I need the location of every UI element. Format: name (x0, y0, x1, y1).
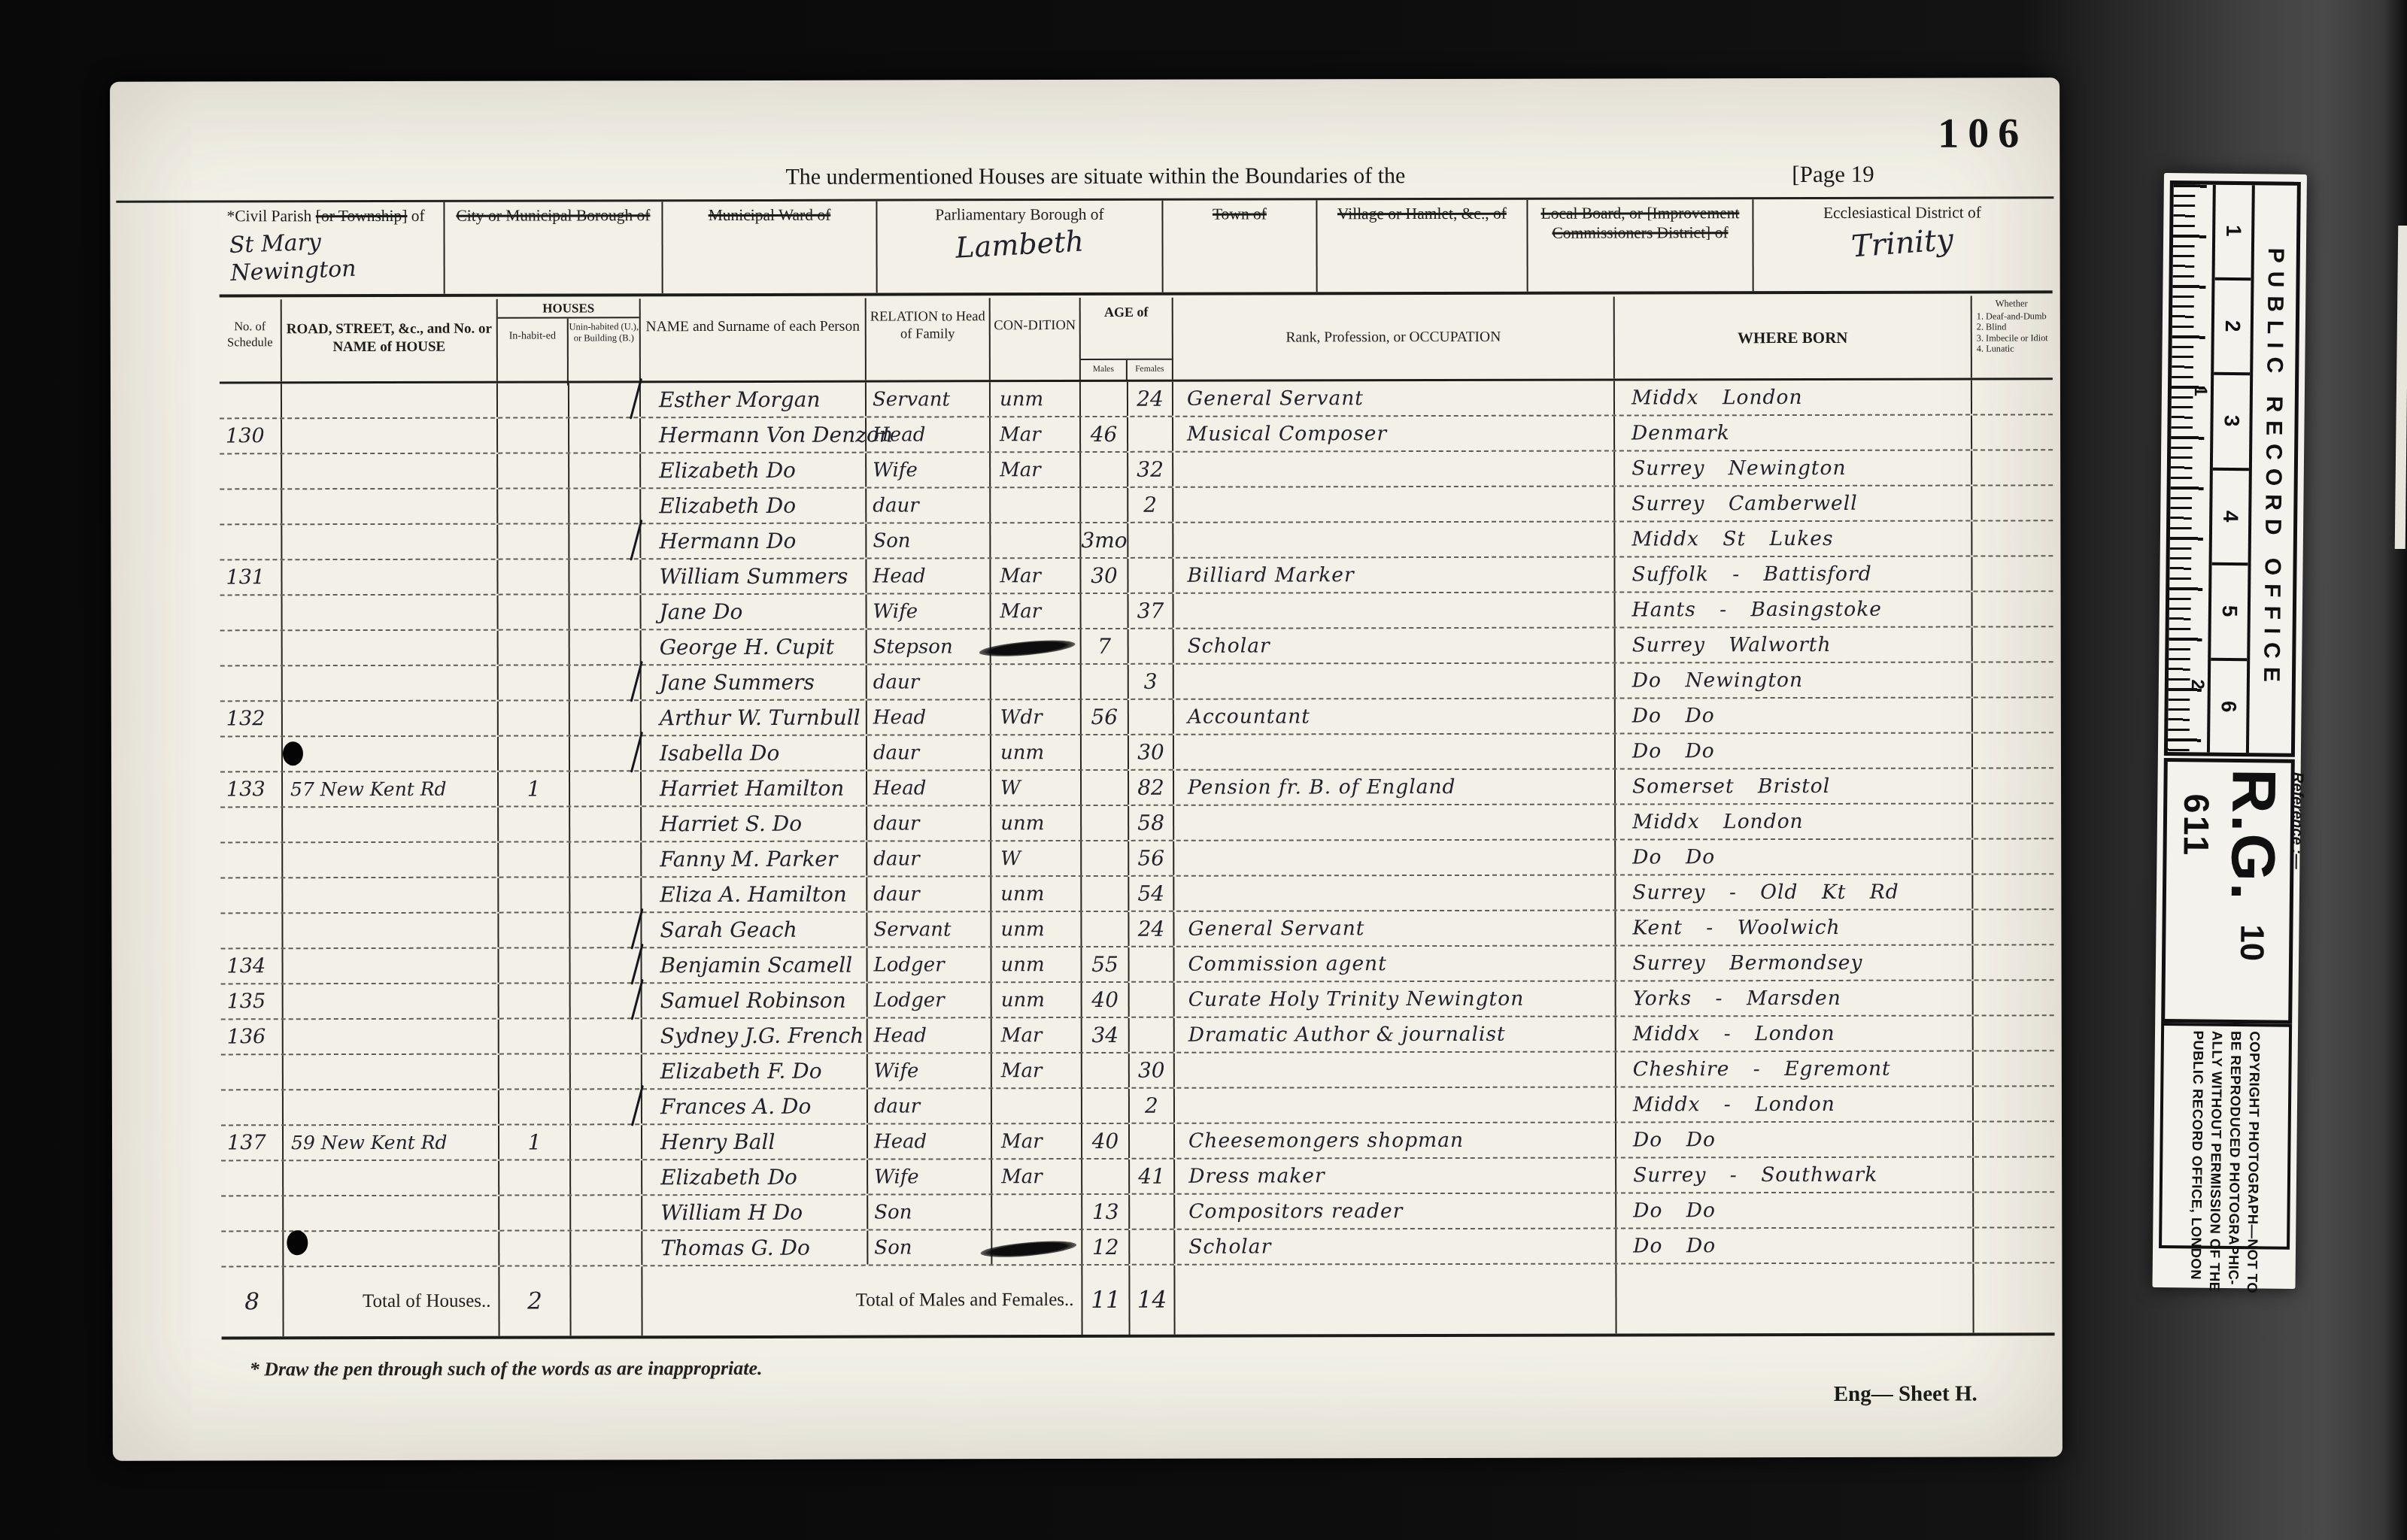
cell-where-born: Suffolk - Battisford (1615, 557, 1972, 592)
cell-schedule-number (221, 1196, 284, 1230)
cell-houses-inhabited: 1 (499, 772, 570, 805)
cell-houses-uninhabited (571, 1196, 642, 1229)
cell-age-male: 7 (1082, 629, 1129, 663)
whether-item: 1. Deaf-and-Dumb (1977, 311, 2050, 322)
cell-person-name: Esther Morgan (641, 383, 867, 417)
cell-schedule-number (220, 808, 283, 841)
cell-houses-inhabited (499, 878, 570, 911)
col-header-schedule: No. of Schedule (220, 299, 282, 381)
page-number-label: [Page 19 (1792, 161, 1874, 188)
cell-schedule-number (220, 878, 283, 912)
total-schedules-value: 8 (221, 1267, 284, 1336)
cell-houses-uninhabited (569, 453, 641, 487)
cell-age-female: 3 (1129, 665, 1174, 699)
cell-person-name: Thomas G. Do (642, 1231, 868, 1266)
col-header-uninhabited: Unin-habited (U.), or Building (B.) (569, 318, 639, 385)
cell-where-born: Middx St Lukes (1615, 522, 1972, 556)
cell-age-female: 32 (1128, 453, 1173, 487)
cell-whether-infirmity (1973, 804, 2052, 838)
cell-houses-inhabited (499, 1231, 571, 1265)
cell-houses-inhabited (499, 1054, 571, 1088)
table-row: Isabella Do daur unm 30 Do Do (220, 733, 2053, 772)
cell-whether-infirmity (1973, 698, 2052, 732)
cell-occupation: Accountant (1174, 699, 1616, 734)
copyright-line: ALLY WITHOUT PERMISSION OF THE (2207, 1031, 2226, 1241)
cell-road-street (283, 914, 499, 948)
cell-relation: Wife (867, 453, 991, 487)
cell-where-born: Kent - Woolwich (1616, 911, 1973, 945)
cell-age-male (1082, 1053, 1130, 1087)
table-row: Elizabeth Do Wife Mar 41 Dress maker Sur… (221, 1157, 2054, 1196)
field-town: Town of (1163, 200, 1317, 292)
cell-age-male: 40 (1082, 983, 1130, 1017)
cell-schedule-number (220, 525, 282, 559)
field-ecclesiastical-district: Ecclesiastical District of Trinity (1753, 199, 2050, 291)
cell-condition (992, 1195, 1082, 1229)
cell-occupation: Commission agent (1174, 947, 1616, 981)
cell-age-male: 13 (1082, 1195, 1130, 1229)
cell-houses-uninhabited (569, 418, 641, 452)
cell-relation: Lodger (867, 947, 991, 981)
cell-relation: daur (867, 735, 991, 769)
cell-relation: daur (867, 665, 991, 699)
cell-houses-uninhabited (571, 1160, 642, 1194)
cell-person-name: William H Do (642, 1196, 868, 1230)
cell-road-street (284, 984, 499, 1019)
cell-relation: Wife (867, 594, 991, 628)
total-houses-value: 2 (499, 1266, 571, 1335)
cell-relation: Son (867, 523, 991, 557)
cell-occupation: Dramatic Author & journalist (1175, 1017, 1616, 1052)
table-row: George H. Cupit Stepson 7 Scholar Surrey… (220, 627, 2053, 666)
field-local-board: Local Board, or [Improvement Commissione… (1528, 199, 1753, 292)
label-prefix: *Civil Parish (226, 207, 315, 225)
cell-age-male: 40 (1082, 1124, 1130, 1158)
cell-where-born: Do Do (1616, 840, 1973, 875)
cell-occupation: Cheesemongers shopman (1175, 1123, 1616, 1158)
cell-person-name: Hermann Von Denzon (641, 418, 867, 453)
table-row: Jane Summers daur 3 Do Newington (220, 662, 2053, 702)
table-row: 135 Samuel Robinson Lodger unm 40 Curate… (221, 981, 2054, 1020)
field-municipal-ward: Municipal Ward of (663, 202, 877, 294)
cell-condition: unm (992, 983, 1082, 1017)
copyright-box: COPYRIGHT PHOTOGRAPH—NOT TO BE REPRODUCE… (2159, 1023, 2292, 1250)
cell-age-female (1130, 1230, 1175, 1264)
cell-where-born: Do Do (1616, 699, 1973, 733)
cell-whether-infirmity (1972, 486, 2051, 520)
cell-road-street (283, 702, 499, 736)
cell-relation: daur (867, 806, 991, 840)
cell-houses-inhabited (499, 595, 570, 629)
reference-label: Reference :— (2286, 772, 2305, 1014)
ruler-box-cell: 2 (2214, 280, 2251, 375)
table-row: Harriet S. Do daur unm 58 Middx London (220, 804, 2053, 843)
cell-where-born: Surrey Bermondsey (1616, 946, 1973, 981)
cell-whether-infirmity (1974, 1193, 2053, 1226)
cell-occupation: Pension fr. B. of England (1174, 770, 1616, 805)
cell-person-name: Elizabeth Do (641, 453, 867, 488)
cell-road-street (283, 596, 499, 630)
cell-where-born: Somerset Bristol (1616, 769, 1973, 804)
cell-houses-uninhabited (570, 736, 642, 770)
cell-where-born: Surrey - Old Kt Rd (1616, 875, 1973, 910)
cell-houses-inhabited (498, 418, 569, 452)
cell-where-born: Middx - London (1616, 1017, 1974, 1051)
total-houses-label: Total of Houses.. (284, 1267, 499, 1337)
cell-schedule-number (220, 843, 283, 877)
table-row: Fanny M. Parker daur W 56 Do Do (220, 839, 2053, 878)
cell-whether-infirmity (1973, 875, 2052, 908)
field-label: Municipal Ward of (663, 205, 876, 226)
reference-piece: 611 (2175, 793, 2217, 857)
table-row: Jane Do Wife Mar 37 Hants - Basingstoke (220, 592, 2053, 631)
cell-occupation (1174, 805, 1616, 840)
cell-age-female (1130, 1195, 1175, 1229)
cell-whether-infirmity (1973, 839, 2052, 873)
cell-condition: unm (991, 806, 1082, 840)
cell-condition (991, 665, 1082, 699)
cell-relation: Son (868, 1230, 992, 1264)
cell-houses-inhabited (499, 1196, 571, 1229)
table-row: 133 57 New Kent Rd 1 Harriet Hamilton He… (220, 768, 2053, 808)
field-village-hamlet: Village or Hamlet, &c., of (1317, 200, 1528, 293)
cell-houses-uninhabited (571, 1054, 642, 1088)
cell-person-name: Jane Do (642, 595, 867, 629)
cell-where-born: Do Do (1616, 734, 1973, 768)
table-row: William H Do Son 13 Compositors reader D… (221, 1193, 2054, 1232)
table-row: 130 Hermann Von Denzon Head Mar 46 Music… (220, 415, 2053, 454)
cell-schedule-number (221, 1161, 284, 1195)
cell-houses-inhabited (499, 913, 570, 947)
table-header-row: No. of Schedule ROAD, STREET, &c., and N… (220, 296, 2053, 383)
reference-number: R.G. 10 611 (2174, 768, 2288, 1014)
cell-schedule-number (220, 914, 283, 947)
whether-title: Whether (1972, 298, 2051, 310)
cell-road-street (283, 737, 499, 772)
cell-whether-infirmity (1973, 945, 2052, 979)
cell-houses-inhabited (499, 665, 570, 699)
cell-whether-infirmity (1973, 592, 2052, 626)
cell-condition: Mar (991, 594, 1082, 628)
cell-where-born: Surrey Camberwell (1615, 487, 1972, 521)
col-header-males: Males (1081, 360, 1128, 380)
cell-houses-inhabited (498, 383, 569, 417)
cell-age-male (1082, 771, 1129, 805)
cell-person-name: Harriet Hamilton (642, 772, 867, 806)
cell-occupation: Scholar (1175, 1229, 1616, 1264)
cell-age-male: 12 (1082, 1230, 1130, 1264)
cell-where-born: Middx London (1616, 805, 1973, 839)
cell-age-female (1128, 559, 1173, 593)
ruler-box-cell: 4 (2212, 470, 2249, 565)
ruler-cm-label: 1 (2190, 386, 2211, 396)
cell-occupation (1175, 1088, 1616, 1123)
cell-occupation (1173, 523, 1615, 557)
table-row: Elizabeth Do daur 2 Surrey Camberwell (220, 486, 2053, 525)
cell-relation: Head (867, 771, 991, 805)
cell-occupation: Dress maker (1175, 1159, 1616, 1193)
total-persons-label: Total of Males and Females.. (642, 1266, 1082, 1335)
field-label: Local Board, or [Improvement Commissione… (1528, 203, 1752, 243)
copyright-line: COPYRIGHT PHOTOGRAPH—NOT TO (2245, 1031, 2263, 1241)
cell-houses-inhabited (499, 842, 570, 876)
cell-whether-infirmity (1972, 556, 2051, 590)
cell-relation: daur (867, 877, 991, 911)
cell-age-female: 30 (1130, 1053, 1175, 1087)
cell-schedule-number: 131 (220, 560, 282, 594)
cell-age-female: 41 (1130, 1160, 1175, 1193)
cell-schedule-number (220, 596, 283, 629)
cell-whether-infirmity (1974, 981, 2053, 1014)
cell-condition: Wdr (991, 700, 1082, 734)
cell-road-street (283, 949, 499, 984)
cell-houses-uninhabited (570, 842, 642, 876)
cell-road-street (284, 1055, 499, 1090)
ruler-number: 3 (2219, 415, 2243, 427)
cell-schedule-number (220, 454, 282, 488)
cell-age-female: 30 (1129, 735, 1174, 769)
cell-road-street (283, 843, 499, 878)
cell-houses-uninhabited (571, 1090, 642, 1123)
cell-houses-inhabited (499, 701, 570, 735)
ruler-number: 2 (2220, 320, 2245, 332)
table-row: Esther Morgan Servant unm 24 General Ser… (220, 380, 2053, 419)
cell-age-male: 55 (1082, 947, 1129, 981)
col-header-where-born: WHERE BORN (1615, 296, 1972, 379)
cell-person-name: Sarah Geach (642, 913, 867, 947)
cell-road-street (283, 808, 499, 842)
cell-whether-infirmity (1972, 521, 2051, 555)
cell-relation: Servant (867, 382, 991, 416)
cell-where-born: Do Do (1616, 1193, 1974, 1228)
cell-relation: Servant (867, 912, 991, 946)
cell-relation: Head (867, 559, 991, 593)
cell-houses-uninhabited (570, 772, 642, 805)
cell-where-born: Yorks - Marsden (1616, 981, 1974, 1016)
cell-where-born: Do Do (1616, 1123, 1974, 1157)
cell-age-male (1081, 488, 1128, 522)
cell-age-female: 2 (1130, 1089, 1175, 1123)
cell-houses-inhabited (499, 736, 570, 770)
cell-age-female (1130, 983, 1175, 1017)
cell-houses-inhabited (499, 1090, 571, 1123)
cell-schedule-number: 134 (220, 949, 283, 983)
table-body: Esther Morgan Servant unm 24 General Ser… (220, 380, 2054, 1267)
cell-relation: Stepson (867, 629, 991, 663)
ruler-ticks: 1 2 (2168, 184, 2213, 753)
cell-relation: daur (868, 1089, 992, 1123)
cell-age-male: 34 (1082, 1018, 1130, 1052)
whether-item: 2. Blind (1977, 321, 2050, 332)
cell-age-male (1082, 1089, 1130, 1123)
ruler-number: 5 (2217, 605, 2242, 617)
col-header-females: Females (1128, 360, 1172, 380)
cell-schedule-number (220, 631, 283, 665)
cell-houses-uninhabited (569, 489, 641, 523)
boundary-heading: The undermentioned Houses are situate wi… (381, 162, 1810, 191)
cell-condition: W (991, 841, 1082, 875)
cell-person-name: Arthur W. Turnbull (642, 701, 867, 735)
cell-road-street (283, 878, 499, 913)
cell-age-female (1128, 523, 1173, 557)
cell-age-male (1082, 665, 1129, 699)
cell-where-born: Do Do (1616, 1229, 1974, 1263)
field-label: City or Municipal Borough of (445, 205, 661, 226)
cell-condition (991, 629, 1082, 663)
totals-empty-cell (1175, 1265, 1616, 1335)
film-edge-sliver (2395, 226, 2407, 549)
cell-condition (992, 1089, 1082, 1123)
cell-houses-inhabited (498, 489, 569, 523)
cell-where-born: Surrey Walworth (1616, 628, 1973, 662)
cell-whether-infirmity (1974, 1051, 2053, 1085)
cell-road-street: 57 New Kent Rd (283, 772, 499, 807)
cell-person-name: Fanny M. Parker (642, 842, 867, 877)
cell-houses-inhabited (499, 1019, 571, 1053)
col-header-name: NAME and Surname of each Person (641, 299, 867, 381)
col-header-age: AGE of Males Females (1081, 298, 1173, 380)
office-name: PUBLIC RECORD OFFICE (2249, 185, 2297, 753)
cell-person-name: Harriet S. Do (642, 807, 867, 841)
cell-occupation (1174, 876, 1616, 911)
archive-reference-strip: 1 2 1 2 3 4 5 6 PUBLIC RECORD OFFICE R.G… (2152, 173, 2307, 1289)
col-header-relation: RELATION to Head of Family (867, 298, 991, 380)
cell-person-name: Elizabeth F. Do (642, 1054, 868, 1089)
office-name-text: PUBLIC RECORD OFFICE (2258, 248, 2288, 691)
cell-person-name: Elizabeth Do (641, 489, 867, 523)
reference-class: R.G. (2217, 768, 2289, 902)
cell-houses-uninhabited (570, 878, 642, 911)
handwritten-borough: Lambeth (877, 220, 1163, 270)
cell-where-born: Surrey Newington (1615, 451, 1972, 486)
field-parliamentary-borough: Parliamentary Borough of Lambeth (877, 201, 1163, 293)
totals-empty-cell (1616, 1264, 1974, 1334)
cell-road-street: 59 New Kent Rd (284, 1126, 499, 1160)
cell-age-female: 54 (1129, 877, 1174, 911)
cell-condition (992, 1230, 1082, 1264)
cell-relation: Lodger (868, 983, 992, 1017)
cell-houses-uninhabited (570, 948, 642, 982)
cell-houses-inhabited (499, 630, 570, 664)
cell-condition: unm (991, 382, 1081, 416)
cell-relation: Wife (868, 1160, 992, 1193)
cell-whether-infirmity (1972, 415, 2051, 449)
cell-where-born: Middx - London (1616, 1087, 1974, 1122)
cell-condition: Mar (992, 1124, 1082, 1158)
whether-item: 4. Lunatic (1977, 343, 2050, 354)
table-row: Eliza A. Hamilton daur unm 54 Surrey - O… (220, 875, 2053, 914)
cell-occupation: General Servant (1174, 911, 1616, 946)
cell-condition: Mar (992, 1053, 1082, 1087)
cell-whether-infirmity (1974, 1228, 2053, 1262)
cell-occupation (1173, 452, 1615, 487)
sheet-label: Eng— Sheet H. (1834, 1382, 1978, 1407)
table-row: 137 59 New Kent Rd 1 Henry Ball Head Mar… (221, 1122, 2054, 1161)
col-header-occupation: Rank, Profession, or OCCUPATION (1173, 297, 1615, 380)
cell-person-name: William Summers (641, 559, 867, 594)
cell-relation: Son (868, 1195, 992, 1229)
cell-occupation (1174, 593, 1616, 628)
cell-schedule-number (221, 1090, 284, 1124)
cell-houses-uninhabited (570, 913, 642, 947)
total-males-value: 11 (1082, 1266, 1130, 1335)
copyright-line: PUBLIC RECORD OFFICE, LONDON (2188, 1030, 2207, 1241)
cell-condition: unm (991, 912, 1082, 946)
field-label: Town of (1163, 204, 1316, 224)
cell-age-female: 56 (1129, 841, 1174, 875)
cell-whether-infirmity (1973, 768, 2052, 802)
col-header-condition: CON-DITION (991, 298, 1081, 380)
cell-houses-uninhabited (571, 984, 642, 1017)
cell-age-female: 82 (1129, 771, 1174, 805)
cell-houses-uninhabited (569, 383, 641, 417)
cell-condition: Mar (991, 417, 1081, 451)
copyright-line: BE REPRODUCED PHOTOGRAPHIC- (2226, 1031, 2245, 1241)
cell-where-born: Denmark (1615, 416, 1972, 450)
cell-whether-infirmity (1972, 380, 2051, 414)
cell-occupation (1175, 1053, 1616, 1087)
cell-whether-infirmity (1974, 1122, 2053, 1156)
cell-road-street (282, 490, 498, 524)
cell-where-born: Surrey - Southwark (1616, 1158, 1974, 1193)
field-civil-parish: *Civil Parish [or Township] of St Mary N… (219, 202, 445, 295)
table-row: 136 Sydney J.G. French Head Mar 34 Drama… (221, 1016, 2054, 1055)
cell-condition: Mar (991, 559, 1081, 593)
table-row: Elizabeth F. Do Wife Mar 30 Cheshire - E… (221, 1051, 2054, 1090)
table-row: Sarah Geach Servant unm 24 General Serva… (220, 910, 2053, 949)
film-photo-stage: 106 The undermentioned Houses are situat… (0, 0, 2407, 1540)
cell-whether-infirmity (1974, 1016, 2053, 1050)
cell-age-female: 24 (1129, 912, 1174, 946)
cell-where-born: Middx London (1615, 380, 1972, 415)
cell-age-male (1082, 735, 1129, 769)
ruler-inch-boxes: 1 2 3 4 5 6 (2207, 185, 2255, 753)
cell-relation: Head (867, 700, 991, 734)
cell-age-male (1081, 382, 1128, 416)
enumeration-table: No. of Schedule ROAD, STREET, &c., and N… (220, 296, 2055, 1339)
cell-occupation: General Servant (1173, 381, 1615, 416)
cell-condition (991, 488, 1081, 522)
ruler-box-cell: 1 (2215, 185, 2252, 280)
cell-where-born: Hants - Basingstoke (1616, 593, 1973, 627)
cell-schedule-number: 132 (220, 702, 283, 735)
cell-schedule-number: 133 (220, 772, 283, 806)
table-row: 134 Benjamin Scamell Lodger unm 55 Commi… (220, 945, 2053, 984)
cell-schedule-number (221, 1232, 284, 1266)
cell-road-street (282, 454, 498, 489)
cell-occupation: Musical Composer (1173, 417, 1615, 451)
cell-road-street (282, 383, 498, 418)
cell-person-name: Frances A. Do (642, 1090, 868, 1124)
cell-age-male (1082, 912, 1129, 946)
ruler-box-cell: 6 (2210, 660, 2247, 753)
cell-age-female: 37 (1129, 594, 1174, 628)
ruler-number: 4 (2218, 511, 2242, 523)
handwritten-district: Trinity (1753, 215, 2051, 273)
cell-person-name: George H. Cupit (642, 630, 867, 665)
cell-condition: W (991, 771, 1082, 805)
cell-schedule-number: 137 (221, 1126, 284, 1160)
cell-schedule-number (220, 490, 282, 523)
cell-road-street (283, 666, 499, 701)
cell-person-name: Hermann Do (641, 524, 867, 559)
cell-where-born: Do Newington (1616, 663, 1973, 698)
cell-occupation (1174, 841, 1616, 875)
cell-age-male (1082, 806, 1129, 840)
table-row: Elizabeth Do Wife Mar 32 Surrey Newingto… (220, 450, 2053, 490)
cell-age-male: 46 (1081, 417, 1128, 451)
cell-occupation: Billiard Marker (1173, 558, 1615, 593)
